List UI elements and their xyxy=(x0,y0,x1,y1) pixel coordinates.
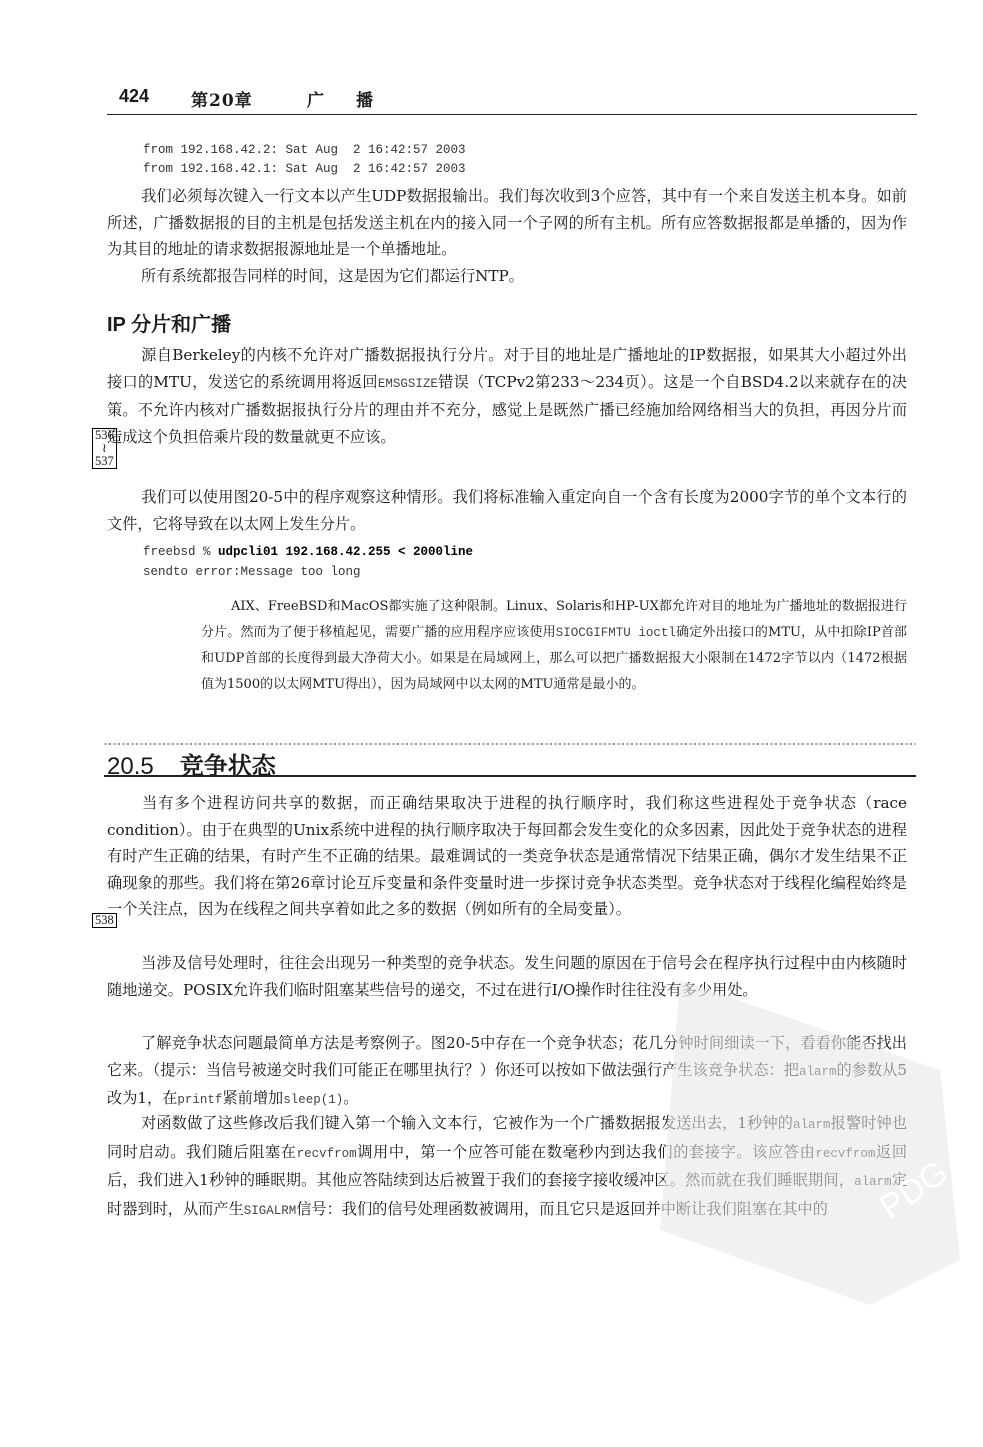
margin-page-reference: 538 xyxy=(92,913,117,928)
page-number: 424 xyxy=(119,86,149,107)
paragraph-text: 。 xyxy=(343,1089,358,1107)
paragraph-text: 我们可以使用图20-5中的程序观察这种情形。我们将标准输入重定向自一个含有长度为… xyxy=(107,488,907,533)
note-block: AIX、FreeBSD和MacOS都实施了这种限制。Linux、Solaris和… xyxy=(201,594,907,698)
inline-code: SIOCGIFMTU ioctl xyxy=(556,626,676,640)
inline-code: EMSGSIZE xyxy=(378,377,438,391)
subsection-heading: IP 分片和广播 xyxy=(107,308,231,337)
paragraph: 当有多个进程访问共享的数据，而正确结果取决于进程的执行顺序时，我们称这些进程处于… xyxy=(107,790,907,923)
margin-ref-end: 537 xyxy=(95,455,114,468)
chapter-label: 第20章 xyxy=(191,86,253,111)
code-output-line: from 192.168.42.1: Sat Aug 2 16:42:57 20… xyxy=(143,162,466,176)
inline-code: sleep(1) xyxy=(283,1093,343,1107)
paragraph-text: 所有系统都报告同样的时间，这是因为它们都运行NTP。 xyxy=(141,267,524,285)
command-input: udpcli01 192.168.42.255 < 2000line xyxy=(218,545,473,559)
paragraph: 源自Berkeley的内核不允许对广播数据报执行分片。对于目的地址是广播地址的I… xyxy=(107,342,907,450)
command-output: sendto error:Message too long xyxy=(143,565,361,579)
margin-ref: 538 xyxy=(95,914,114,927)
inline-code: recvfrom xyxy=(297,1147,357,1161)
inline-code: SIGALRM xyxy=(244,1204,297,1218)
watermark-logo-icon: PDG xyxy=(640,960,970,1310)
paragraph: 所有系统都报告同样的时间，这是因为它们都运行NTP。 xyxy=(107,263,907,290)
section-rule-top xyxy=(104,743,916,745)
paragraph-text: 当有多个进程访问共享的数据，而正确结果取决于进程的执行顺序时，我们称这些进程处于… xyxy=(107,794,907,918)
paragraph: 我们可以使用图20-5中的程序观察这种情形。我们将标准输入重定向自一个含有长度为… xyxy=(107,484,907,537)
margin-page-reference: 536 ≀ 537 xyxy=(92,428,117,469)
chapter-topic: 广播 xyxy=(307,86,405,111)
running-header: 424 第20章 广播 xyxy=(107,86,917,115)
code-output-line: from 192.168.42.2: Sat Aug 2 16:42:57 20… xyxy=(143,143,466,157)
shell-prompt: freebsd % xyxy=(143,545,218,559)
paragraph-text: 紧前增加 xyxy=(222,1089,283,1107)
inline-code: printf xyxy=(177,1093,222,1107)
paragraph-text: 我们必须每次键入一行文本以产生UDP数据报输出。我们每次收到3个应答，其中有一个… xyxy=(107,187,907,258)
section-rule xyxy=(104,775,916,777)
book-page: 424 第20章 广播 from 192.168.42.2: Sat Aug 2… xyxy=(0,0,983,1447)
command-line: freebsd % udpcli01 192.168.42.255 < 2000… xyxy=(143,545,473,559)
paragraph: 我们必须每次键入一行文本以产生UDP数据报输出。我们每次收到3个应答，其中有一个… xyxy=(107,183,907,263)
